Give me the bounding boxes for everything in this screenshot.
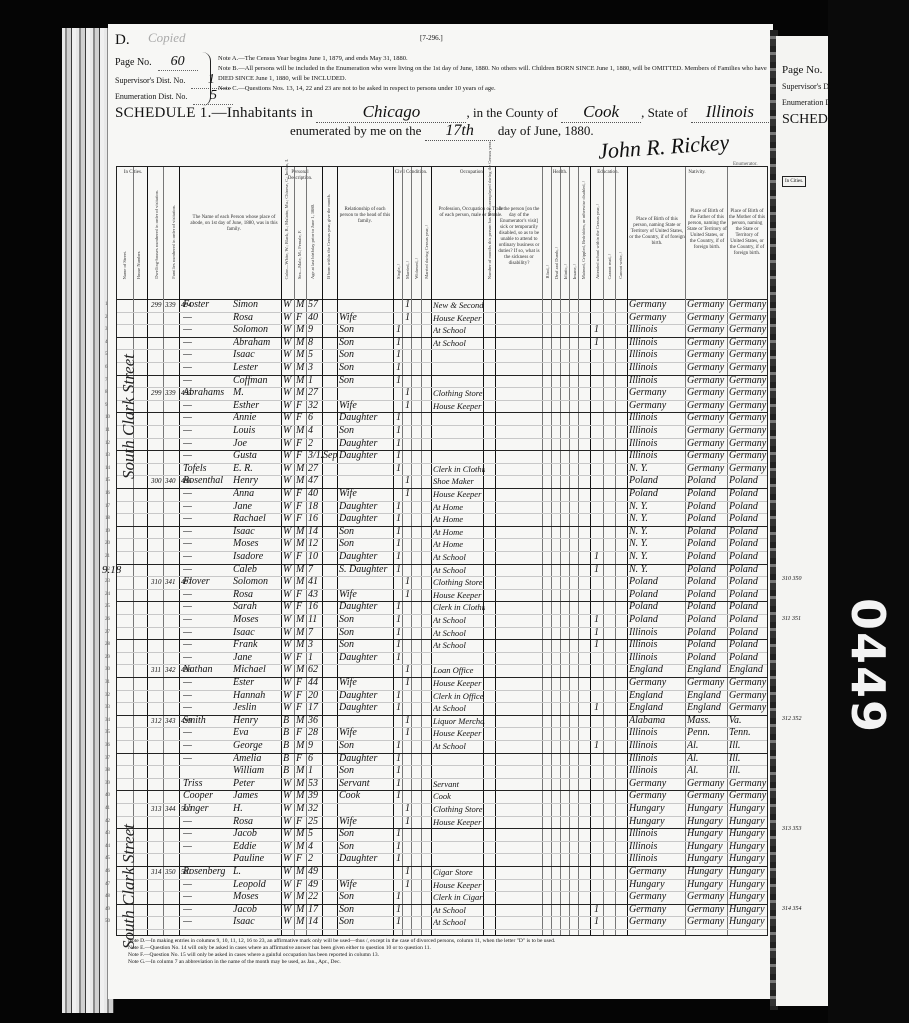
age: 39 (308, 790, 322, 802)
header-married: Married, / (405, 261, 410, 279)
relationship: Son (339, 375, 393, 387)
birthplace: Illinois (629, 337, 685, 349)
surname: — (183, 400, 233, 412)
age: 9 (308, 324, 322, 336)
birthplace: Illinois (629, 438, 685, 450)
father-birthplace: Germany (687, 438, 727, 450)
surname: — (183, 601, 233, 613)
line-number: 40 (105, 790, 110, 802)
surname: — (183, 589, 233, 601)
line-number: 48 (105, 891, 110, 903)
sex: F (296, 652, 306, 664)
relationship: Daughter (339, 450, 393, 462)
given-name: Moses (233, 614, 281, 626)
surname: — (183, 513, 233, 525)
line-number: 12 (105, 438, 110, 450)
surname: — (183, 425, 233, 437)
school-mark: 1 (594, 916, 603, 928)
father-birthplace: Germany (687, 904, 727, 916)
single-mark: 1 (396, 450, 402, 462)
given-name: Pauline (233, 853, 281, 865)
mother-birthplace: Poland (729, 513, 767, 525)
surname: — (183, 501, 233, 513)
color: W (283, 652, 294, 664)
relationship: Son (339, 828, 393, 840)
county-value: Cook (561, 102, 641, 123)
enumeration-day: 17th (425, 122, 495, 141)
father-birthplace: England (687, 702, 727, 714)
age: 41 (308, 576, 322, 588)
copied-mark: Copied (148, 30, 186, 46)
line-number: 49 (105, 904, 110, 916)
occupation: At Home (433, 538, 485, 550)
mother-birthplace: Germany (729, 312, 767, 324)
sex: M (296, 576, 306, 588)
married-mark: 1 (405, 677, 411, 689)
age: 28 (308, 727, 322, 739)
header-street: Name of Street. (122, 251, 127, 279)
header-sex: Sex—Male, M.; Female, F. (297, 230, 302, 279)
header-sickness: Is the person [on the day of the Enumera… (497, 207, 541, 267)
birthplace: Poland (629, 576, 685, 588)
line-number: 43 (105, 828, 110, 840)
occupation: House Keeper (433, 400, 485, 412)
birthplace: Illinois (629, 324, 685, 336)
line-number: 32 (105, 690, 110, 702)
adjacent-page-number-label: Page No. (782, 64, 822, 76)
color: W (283, 299, 294, 311)
father-birthplace: Al. (687, 740, 727, 752)
given-name: Frank (233, 639, 281, 651)
sex: F (296, 727, 306, 739)
color: W (283, 349, 294, 361)
line-number: 31 (105, 677, 110, 689)
sex: M (296, 866, 306, 878)
age: 3 (308, 639, 322, 651)
occupation: Clerk in Clothing Store (433, 601, 485, 613)
age: 1 (308, 765, 322, 777)
line-number: 16 (105, 488, 110, 500)
occupation: Shoe Maker (433, 475, 485, 487)
adjacent-entry: 310 350 (782, 576, 802, 582)
color: W (283, 312, 294, 324)
given-name: Lester (233, 362, 281, 374)
header-single: Single, / (396, 264, 401, 279)
occupation: At School (433, 551, 485, 563)
table-row: 35—EvaBF28Wife1House KeeperIllinoisPenn.… (117, 727, 767, 741)
single-mark: 1 (396, 362, 402, 374)
surname: — (183, 312, 233, 324)
surname: — (183, 375, 233, 387)
single-mark: 1 (396, 853, 402, 865)
surname: Tofels (183, 463, 233, 475)
table-row: 36—GeorgeBM9Son1At School1IllinoisAl.Ill… (117, 740, 767, 754)
relationship: Wife (339, 488, 393, 500)
color: W (283, 601, 294, 613)
single-mark: 1 (396, 375, 402, 387)
sex: M (296, 463, 306, 475)
father-birthplace: Germany (687, 349, 727, 361)
age: 10 (308, 551, 322, 563)
birthplace: Germany (629, 866, 685, 878)
school-mark: 1 (594, 627, 603, 639)
mother-birthplace: England (729, 664, 767, 676)
schedule-line: SCHEDULE 1.—Inhabitants in Chicago, in t… (115, 102, 769, 123)
married-mark: 1 (405, 299, 411, 311)
birthplace: Illinois (629, 753, 685, 765)
birthplace: Germany (629, 904, 685, 916)
line-number: 24 (105, 589, 110, 601)
age: 3 (308, 362, 322, 374)
single-mark: 1 (396, 765, 402, 777)
table-row: 8299339495AbrahamsM.WM271Clothing StoreG… (117, 387, 767, 401)
sex: F (296, 853, 306, 865)
birthplace: Poland (629, 589, 685, 601)
occupation: Clerk in Office (433, 690, 485, 702)
age: 2 (308, 438, 322, 450)
header-birthplace: Place of Birth of this person, naming St… (629, 217, 685, 247)
birthplace: Illinois (629, 412, 685, 424)
given-name: Eddie (233, 841, 281, 853)
enumeration-date-line: enumerated by me on the 17th day of June… (290, 122, 594, 141)
relationship: Daughter (339, 601, 393, 613)
mother-birthplace: Germany (729, 790, 767, 802)
father-birthplace: Al. (687, 753, 727, 765)
census-table: In Cities. Name of Street. House Number.… (116, 166, 768, 936)
birthplace: Germany (629, 299, 685, 311)
given-name: Coffman (233, 375, 281, 387)
surname: — (183, 841, 233, 853)
sex: M (296, 475, 306, 487)
birthplace: N. Y. (629, 463, 685, 475)
age: 27 (308, 387, 322, 399)
mother-birthplace: Tenn. (729, 727, 767, 739)
single-mark: 1 (396, 652, 402, 664)
given-name: James (233, 790, 281, 802)
line-number: 47 (105, 879, 110, 891)
line-number: 45 (105, 853, 110, 865)
birthplace: Germany (629, 677, 685, 689)
table-row: 50—IsaacWM14Son1At School1GermanyGermany… (117, 916, 767, 930)
sex: F (296, 690, 306, 702)
father-birthplace: Poland (687, 501, 727, 513)
table-row: 16—AnnaWF40Wife1House KeeperPolandPoland… (117, 488, 767, 502)
occupation: Cigar Store (433, 866, 485, 878)
street-name-annotation: South Clark Street (119, 799, 139, 949)
sex: M (296, 425, 306, 437)
age: 1 (308, 375, 322, 387)
color: B (283, 765, 294, 777)
table-row: 44—EddieWM4Son1IllinoisHungaryHungary (117, 841, 767, 855)
family-house-number: 344 (165, 803, 181, 815)
table-row: 37—AmeliaBF6Daughter1IllinoisAl.Ill. (117, 753, 767, 767)
birthplace: Germany (629, 790, 685, 802)
table-row: 12—JoeWF2Daughter1IllinoisGermanyGermany (117, 438, 767, 452)
father-birthplace: Poland (687, 513, 727, 525)
given-name: Isaac (233, 627, 281, 639)
given-name: Michael (233, 664, 281, 676)
surname: — (183, 740, 233, 752)
given-name: Jacob (233, 828, 281, 840)
color: W (283, 438, 294, 450)
line-number: 3 (105, 324, 108, 336)
relationship: Son (339, 916, 393, 928)
color: W (283, 375, 294, 387)
occupation: House Keeper (433, 488, 485, 500)
sex: M (296, 639, 306, 651)
sex: F (296, 702, 306, 714)
table-row: 13—GustaWF3/12Sept.Daughter1IllinoisGerm… (117, 450, 767, 464)
birthplace: Germany (629, 891, 685, 903)
married-mark: 1 (405, 576, 411, 588)
table-row: 20—MosesWM12Son1At HomeN. Y.PolandPoland (117, 538, 767, 552)
color: W (283, 828, 294, 840)
header-dwelling-number: Dwelling-houses numbered in order of vis… (154, 190, 159, 279)
color: W (283, 564, 294, 576)
header-relationship: Relationship of each person to the head … (339, 207, 391, 225)
sex: M (296, 526, 306, 538)
table-row: 28—FrankWM3Son1At School1IllinoisPolandP… (117, 639, 767, 653)
given-name: Eva (233, 727, 281, 739)
married-mark: 1 (405, 400, 411, 412)
single-mark: 1 (396, 412, 402, 424)
school-mark: 1 (594, 337, 603, 349)
family-house-number: 343 (165, 715, 181, 727)
color: W (283, 690, 294, 702)
single-mark: 1 (396, 501, 402, 513)
occupation: Clothing Store (433, 387, 485, 399)
header-maimed: Maimed, Crippled, Bedridden, or otherwis… (581, 181, 586, 279)
single-mark: 1 (396, 828, 402, 840)
color: W (283, 475, 294, 487)
table-row: 18—RachaelWF16Daughter1At HomeN. Y.Polan… (117, 513, 767, 527)
line-number: 7 (105, 375, 108, 387)
age: 49 (308, 879, 322, 891)
given-name: George (233, 740, 281, 752)
street-name-annotation: South Clark Street (119, 309, 139, 479)
age: 44 (308, 677, 322, 689)
table-row: 14TofelsE. R.WM271Clerk in Clothing Stor… (117, 463, 767, 477)
given-name: E. R. (233, 463, 281, 475)
single-mark: 1 (396, 841, 402, 853)
age: 32 (308, 803, 322, 815)
single-mark: 1 (396, 690, 402, 702)
birthplace: Germany (629, 312, 685, 324)
sex: M (296, 790, 306, 802)
relationship: Daughter (339, 551, 393, 563)
age: 7 (308, 564, 322, 576)
color: W (283, 677, 294, 689)
relationship: Wife (339, 879, 393, 891)
line-number: 11 (105, 425, 110, 437)
sex: M (296, 299, 306, 311)
father-birthplace: Germany (687, 324, 727, 336)
given-name: Jeslin (233, 702, 281, 714)
adjacent-schedule-label: SCHEDUL (782, 112, 828, 128)
given-name: Annie (233, 412, 281, 424)
school-mark: 1 (594, 564, 603, 576)
header-family-number: Families numbered in order of visitation… (171, 205, 176, 279)
line-number: 14 (105, 463, 110, 475)
age: 18 (308, 501, 322, 513)
given-name: Isadore (233, 551, 281, 563)
occupation: Clerk in Clothing Store (433, 463, 485, 475)
line-number: 2 (105, 312, 108, 324)
surname: Foster (183, 299, 233, 311)
birthplace: England (629, 702, 685, 714)
occupation: At School (433, 324, 485, 336)
relationship: Son (339, 349, 393, 361)
surname: Rosenberg (183, 866, 233, 878)
color: W (283, 816, 294, 828)
age: 62 (308, 664, 322, 676)
surname: — (183, 627, 233, 639)
surname: — (183, 690, 233, 702)
age: 17 (308, 904, 322, 916)
mother-birthplace: Ill. (729, 765, 767, 777)
line-number: 6 (105, 362, 108, 374)
note-c: Note C.—Questions Nos. 13, 14, 22 and 23… (218, 84, 768, 94)
sex: F (296, 551, 306, 563)
line-number: 8 (105, 387, 108, 399)
age: 4 (308, 841, 322, 853)
given-name: Isaac (233, 526, 281, 538)
table-row: 5—IsaacWM5Son1IllinoisGermanyGermany (117, 349, 767, 363)
mother-birthplace: Hungary (729, 816, 767, 828)
relationship: Wife (339, 727, 393, 739)
form-letter: D. (115, 32, 130, 49)
family-house-number: 350 (165, 866, 181, 878)
occupation: Clothing Store (433, 576, 485, 588)
margin-mark: 9.18 (102, 564, 121, 576)
relationship: Wife (339, 816, 393, 828)
birthplace: Illinois (629, 450, 685, 462)
age: 17 (308, 702, 322, 714)
single-mark: 1 (396, 538, 402, 550)
age: 57 (308, 299, 322, 311)
single-mark: 1 (396, 526, 402, 538)
single-mark: 1 (396, 702, 402, 714)
color: W (283, 425, 294, 437)
mother-birthplace: Germany (729, 362, 767, 374)
surname: — (183, 337, 233, 349)
married-mark: 1 (405, 816, 411, 828)
mother-birthplace: Ill. (729, 740, 767, 752)
relationship: Daughter (339, 412, 393, 424)
birthplace: England (629, 690, 685, 702)
mother-birthplace: Hungary (729, 803, 767, 815)
birthplace: N. Y. (629, 526, 685, 538)
single-mark: 1 (396, 551, 402, 563)
birthplace: Poland (629, 614, 685, 626)
surname: — (183, 412, 233, 424)
birthplace: Hungary (629, 803, 685, 815)
surname: — (183, 652, 233, 664)
married-mark: 1 (405, 866, 411, 878)
color: W (283, 664, 294, 676)
father-birthplace: Germany (687, 299, 727, 311)
given-name: Louis (233, 425, 281, 437)
color: W (283, 916, 294, 928)
color: W (283, 513, 294, 525)
color: W (283, 639, 294, 651)
line-number: 35 (105, 727, 110, 739)
mother-birthplace: Hungary (729, 828, 767, 840)
line-number: 36 (105, 740, 110, 752)
occupation: At Home (433, 501, 485, 513)
occupation: At School (433, 904, 485, 916)
birthplace: Illinois (629, 841, 685, 853)
age: 40 (308, 312, 322, 324)
table-row: 45PaulineWF2Daughter1IllinoisHungaryHung… (117, 853, 767, 867)
relationship: Daughter (339, 702, 393, 714)
relationship: Son (339, 891, 393, 903)
mother-birthplace: Germany (729, 438, 767, 450)
married-mark: 1 (405, 803, 411, 815)
occupation: Servant (433, 778, 485, 790)
age: 14 (308, 526, 322, 538)
header-deaf-dumb: Deaf and Dumb, / (554, 247, 559, 279)
color: W (283, 551, 294, 563)
occupation: At School (433, 627, 485, 639)
mother-birthplace: Germany (729, 375, 767, 387)
father-birthplace: Poland (687, 488, 727, 500)
color: W (283, 866, 294, 878)
age: 6 (308, 412, 322, 424)
sex: M (296, 538, 306, 550)
color: W (283, 627, 294, 639)
header-attended-school: Attended school within the Census year, … (595, 204, 600, 279)
enumerated-suffix: day of June, 1880. (498, 123, 594, 138)
relationship: Daughter (339, 690, 393, 702)
age: 22 (308, 891, 322, 903)
given-name: Solomon (233, 324, 281, 336)
mother-birthplace: Hungary (729, 891, 767, 903)
father-birthplace: Poland (687, 639, 727, 651)
line-number: 38 (105, 765, 110, 777)
mother-birthplace: Poland (729, 501, 767, 513)
mother-birthplace: Hungary (729, 866, 767, 878)
married-mark: 1 (405, 312, 411, 324)
birthplace: Illinois (629, 627, 685, 639)
mother-birthplace: Ill. (729, 753, 767, 765)
adjacent-entry: 312 352 (782, 716, 802, 722)
line-number: 41 (105, 803, 110, 815)
table-row: 49—JacobWM17Son1At School1GermanyGermany… (117, 904, 767, 918)
occupation: Clothing Store (433, 803, 485, 815)
line-number: 37 (105, 753, 110, 765)
single-mark: 1 (396, 627, 402, 639)
birthplace: Alabama (629, 715, 685, 727)
school-mark: 1 (594, 614, 603, 626)
surname: — (183, 702, 233, 714)
father-birthplace: Hungary (687, 841, 727, 853)
color: W (283, 891, 294, 903)
table-row: 48—MosesWM22Son1Clerk in Cigar StoreGerm… (117, 891, 767, 905)
age: 11 (308, 614, 322, 626)
surname: — (183, 916, 233, 928)
surname: — (183, 450, 233, 462)
header-nativity: Nativity. (627, 170, 767, 176)
schedule-label: SCHEDULE 1.—Inhabitants in (115, 105, 313, 121)
note-b: Note B.—All persons will be included in … (218, 64, 768, 84)
mother-birthplace: Va. (729, 715, 767, 727)
table-row: 38WilliamBM1Son1IllinoisAl.Ill. (117, 765, 767, 779)
mother-birthplace: Germany (729, 337, 767, 349)
given-name: Rachael (233, 513, 281, 525)
color: W (283, 904, 294, 916)
mother-birthplace: Poland (729, 576, 767, 588)
